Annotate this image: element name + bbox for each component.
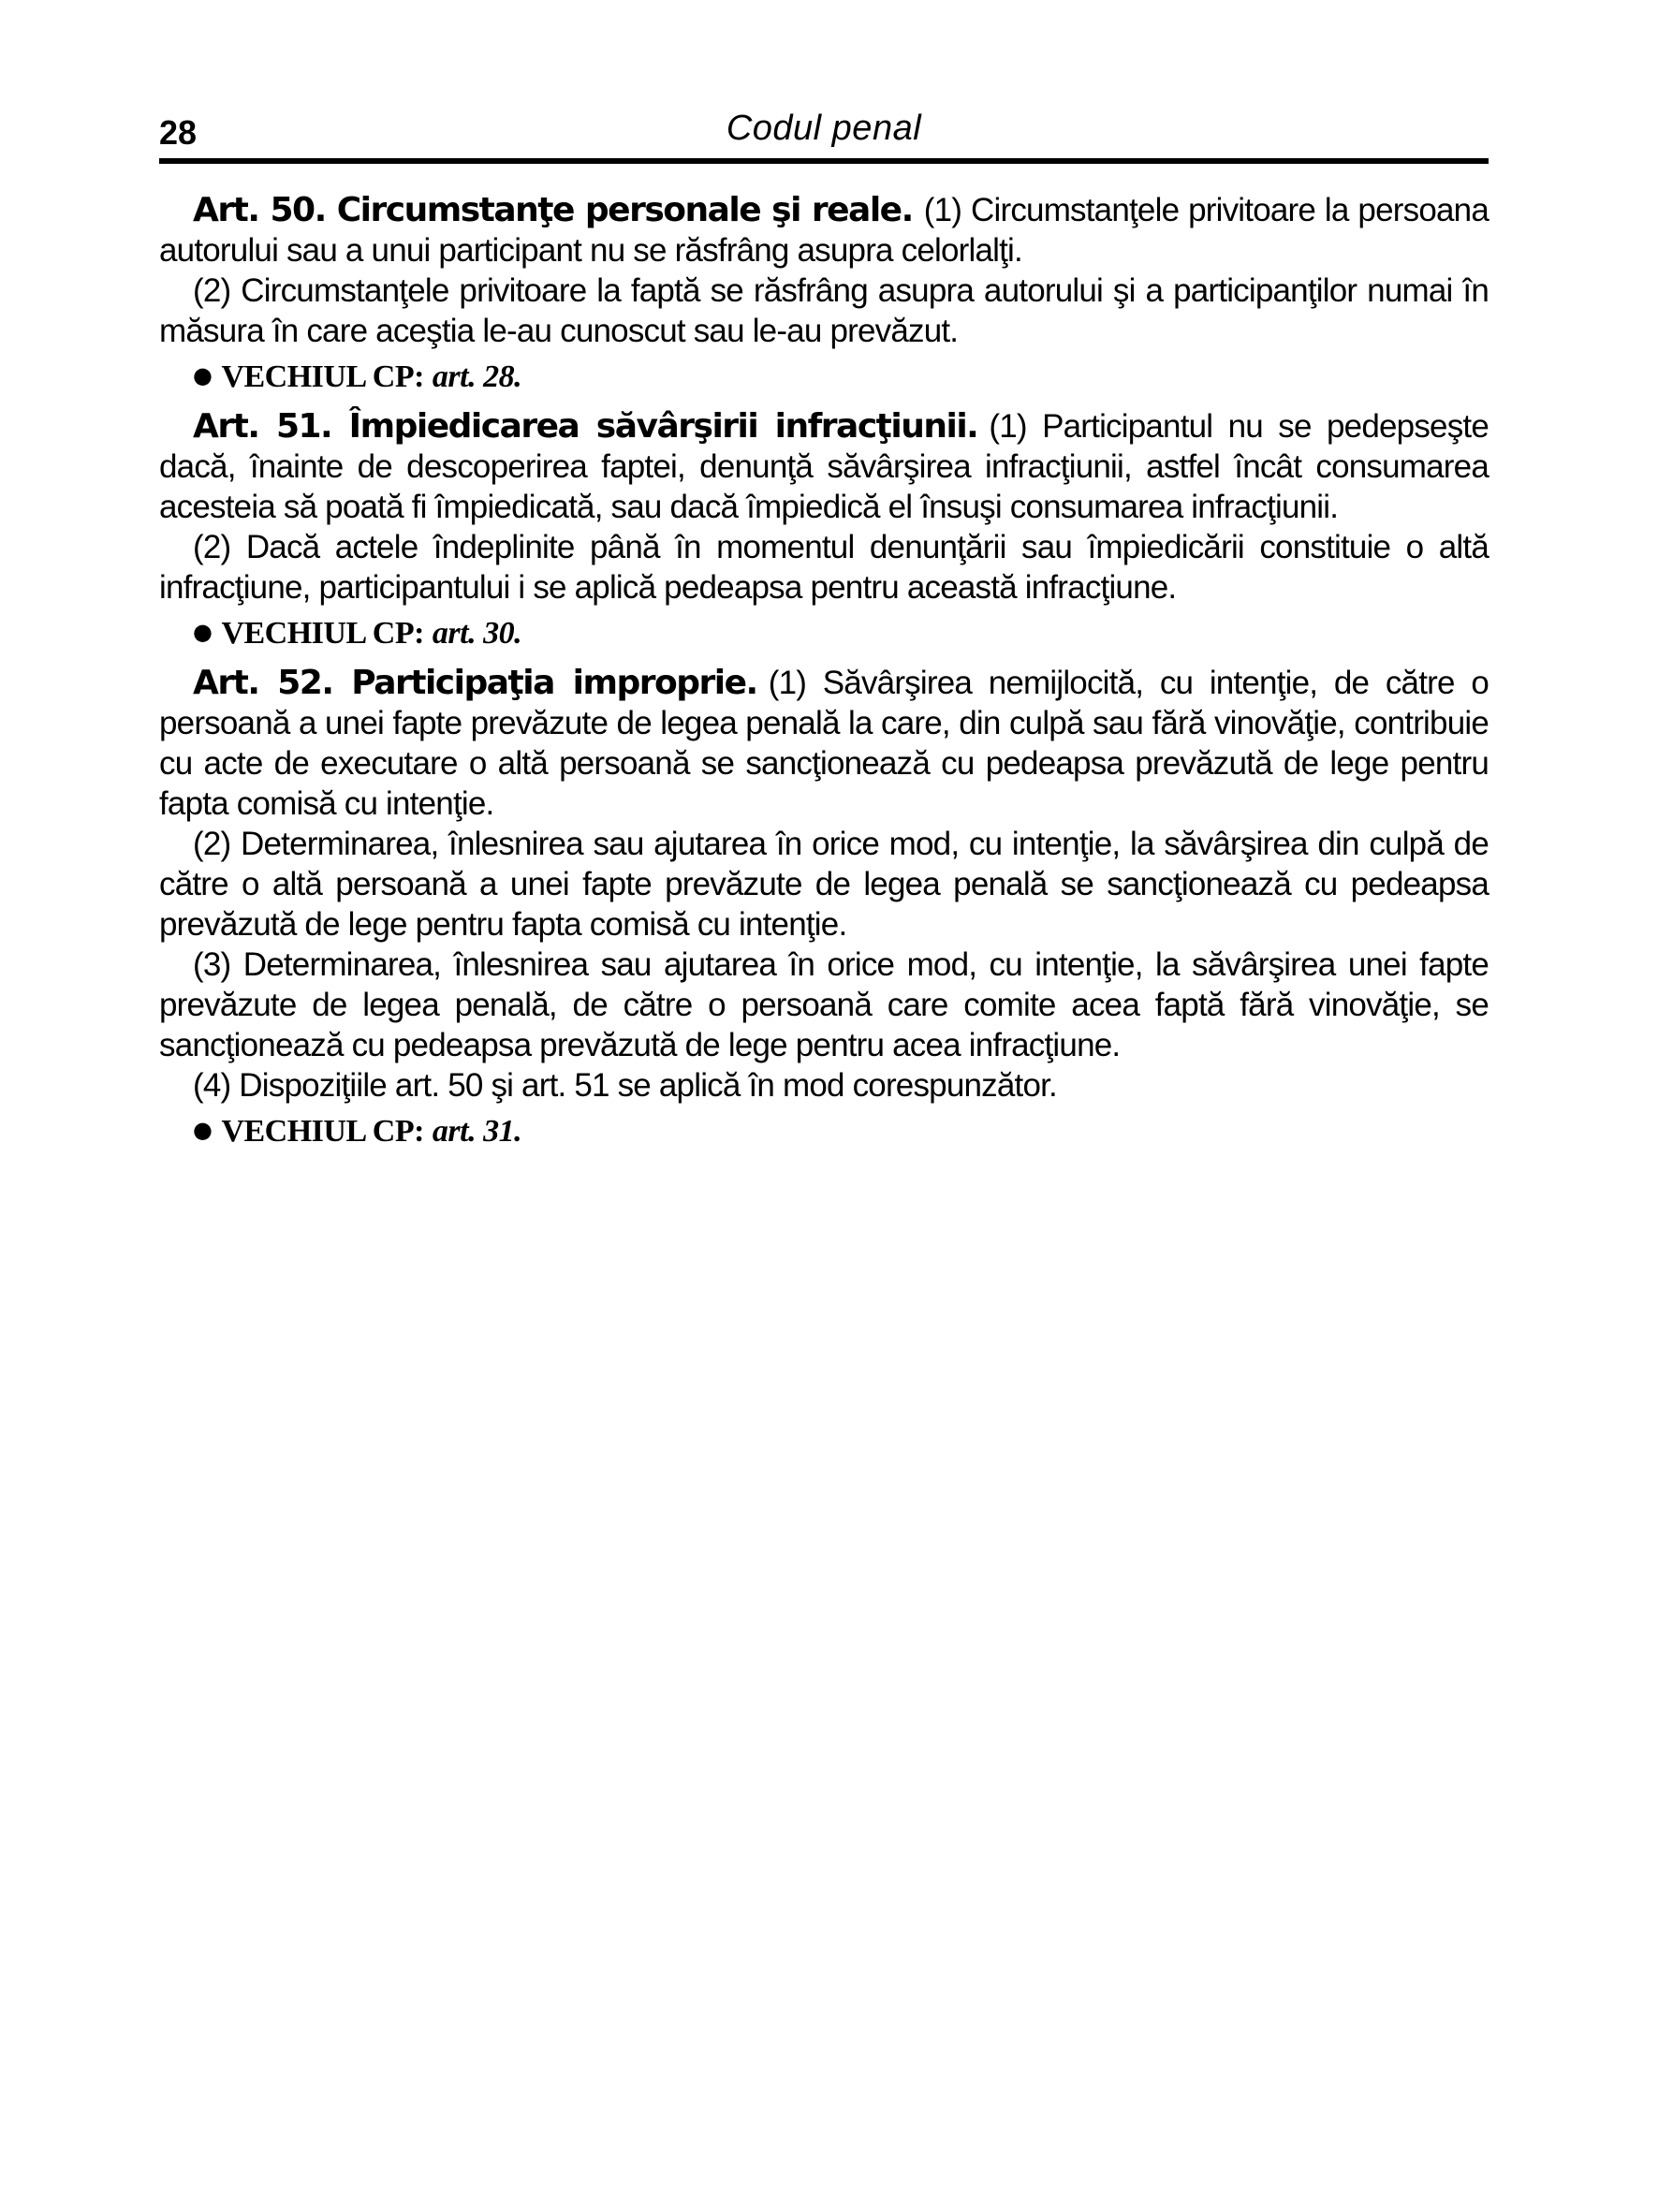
article-52-paragraph-3: (3) Determinarea, înlesnirea sau ajutare… (159, 945, 1489, 1065)
article-52-old-code-note: ●VECHIUL CP:art. 31. (159, 1110, 1489, 1151)
article-51-old-code-note: ●VECHIUL CP:art. 30. (159, 612, 1489, 653)
article-52-heading: Art. 52. Participaţia improprie. (193, 664, 757, 702)
article-51-heading: Art. 51. Împiedicarea săvârşirii infracţ… (193, 407, 977, 446)
bullet-icon: ● (193, 612, 212, 652)
document-page: 28 Codul penal Art. 50. Circumstanţe per… (0, 0, 1658, 2212)
article-51: Art. 51. Împiedicarea săvârşirii infracţ… (159, 406, 1489, 653)
bullet-icon: ● (193, 356, 212, 396)
article-50-old-code-note: ●VECHIUL CP:art. 28. (159, 356, 1489, 397)
header-title: Codul penal (159, 110, 1489, 146)
header-rule (159, 158, 1489, 164)
page-number: 28 (159, 116, 197, 150)
page-content: Art. 50. Circumstanţe personale şi reale… (159, 190, 1489, 1151)
note-ref: art. 28. (433, 359, 521, 394)
article-50-heading: Art. 50. Circumstanţe personale şi reale… (193, 191, 913, 229)
article-51-paragraph-2: (2) Dacă actele îndeplinite până în mome… (159, 527, 1489, 608)
article-52-paragraph-4: (4) Dispoziţiile art. 50 şi art. 51 se a… (159, 1065, 1489, 1106)
note-label: VECHIUL CP: (221, 1114, 423, 1149)
article-52: Art. 52. Participaţia improprie.(1) Săvâ… (159, 663, 1489, 1151)
article-52-lead-paragraph: Art. 52. Participaţia improprie.(1) Săvâ… (159, 663, 1489, 824)
article-50-paragraph-2: (2) Circumstanţele privitoare la faptă s… (159, 271, 1489, 351)
note-label: VECHIUL CP: (221, 616, 423, 651)
article-50: Art. 50. Circumstanţe personale şi reale… (159, 190, 1489, 397)
bullet-icon: ● (193, 1110, 212, 1150)
page-header: 28 Codul penal (159, 110, 1489, 150)
note-label: VECHIUL CP: (221, 359, 423, 394)
article-51-lead-paragraph: Art. 51. Împiedicarea săvârşirii infracţ… (159, 406, 1489, 527)
note-ref: art. 30. (433, 616, 521, 651)
note-ref: art. 31. (433, 1114, 521, 1149)
article-52-paragraph-2: (2) Determinarea, înlesnirea sau ajutare… (159, 824, 1489, 945)
article-50-lead-paragraph: Art. 50. Circumstanţe personale şi reale… (159, 190, 1489, 271)
